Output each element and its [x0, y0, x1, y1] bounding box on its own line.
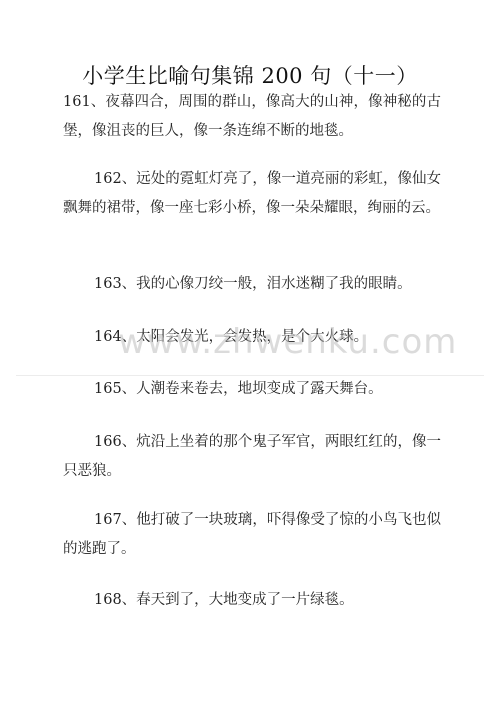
item-161: 161、夜幕四合，周围的群山，像高大的山神，像神秘的古堡，像沮丧的巨人，像一条连… [63, 88, 441, 146]
item-162: 162、远处的霓虹灯亮了，像一道亮丽的彩虹，像仙女飘舞的裙带，像一座七彩小桥，像… [63, 165, 441, 223]
item-163: 163、我的心像刀绞一般，泪水迷糊了我的眼睛。 [63, 270, 441, 299]
item-165: 165、人潮卷来卷去，地坝变成了露天舞台。 [63, 375, 441, 404]
item-167: 167、他打破了一块玻璃，吓得像受了惊的小鸟飞也似的逃跑了。 [63, 506, 441, 564]
item-168: 168、春天到了，大地变成了一片绿毯。 [63, 586, 441, 615]
item-164: 164、太阳会发光，会发热，是个大火球。 [63, 323, 441, 352]
item-166: 166、炕沿上坐着的那个鬼子军官，两眼红红的，像一只恶狼。 [63, 428, 441, 486]
page-title: 小学生比喻句集锦 200 句（十一） [0, 60, 500, 90]
